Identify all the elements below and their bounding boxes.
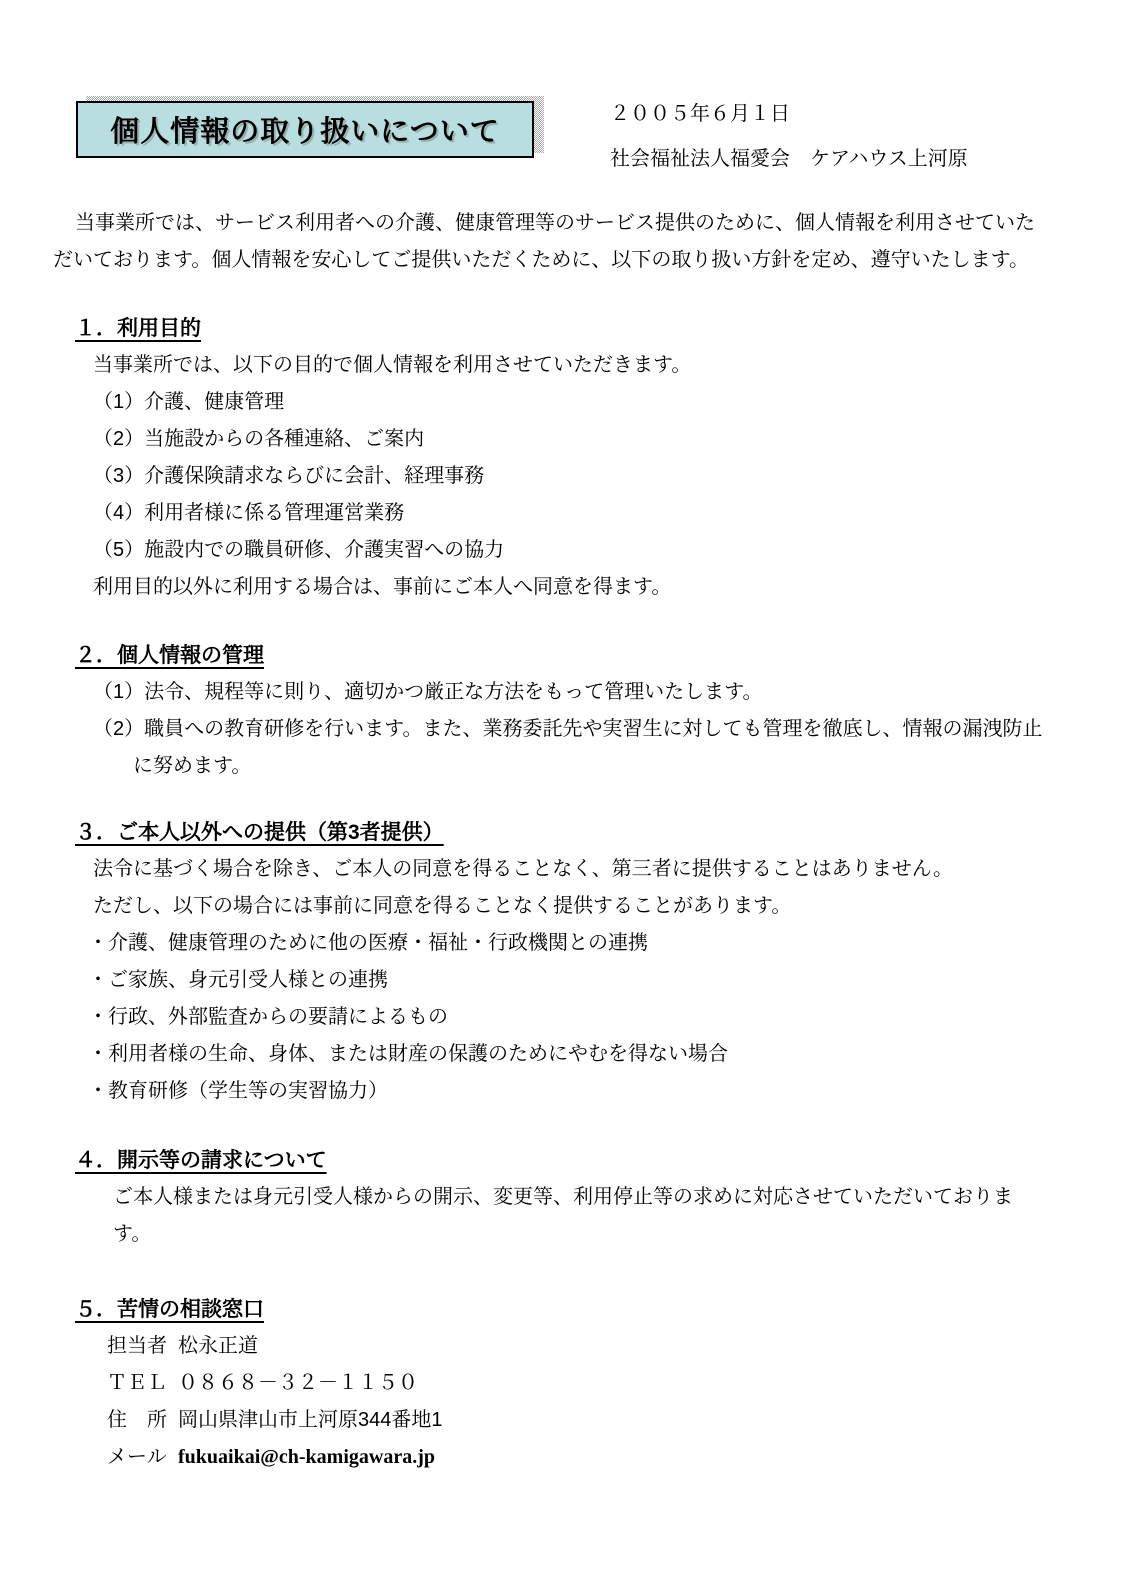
document-body: 当事業所では、サービス利用者への介護、健康管理等のサービス提供のために、個人情報…	[53, 205, 1048, 1476]
intro-paragraph: 当事業所では、サービス利用者への介護、健康管理等のサービス提供のために、個人情報…	[53, 205, 1048, 279]
bullet-item: ・ご家族、身元引受人様との連携	[88, 962, 1048, 999]
section-4-heading: ４．開示等の請求について	[75, 1142, 1048, 1179]
list-item: （1）法令、規程等に則り、適切かつ厳正な方法をもって管理いたします。	[93, 674, 1048, 711]
page-title: 個人情報の取り扱いについて	[110, 109, 499, 150]
section-disclosure-requests: ４．開示等の請求について ご本人様または身元引受人様からの開示、変更等、利用停止…	[53, 1142, 1048, 1253]
list-item: （3）介護保険請求ならびに会計、経理事務	[93, 458, 1048, 495]
document-page: 個人情報の取り扱いについて ２００５年６月１日 社会福祉法人福愛会 ケアハウス上…	[0, 0, 1123, 1587]
section-1-note: 利用目的以外に利用する場合は、事前にご本人へ同意を得ます。	[93, 569, 1048, 606]
bullet-item: ・行政、外部監査からの要請によるもの	[88, 999, 1048, 1036]
contact-label: メール	[107, 1439, 178, 1476]
bullet-item: ・教育研修（学生等の実習協力）	[88, 1073, 1048, 1110]
contact-row-address: 住 所 岡山県津山市上河原344番地1	[107, 1402, 1048, 1439]
section-1-heading: １．利用目的	[75, 310, 1048, 347]
contact-row-person: 担当者 松永正道	[107, 1328, 1048, 1365]
contact-row-email: メール fukuaikai@ch-kamigawara.jp	[107, 1439, 1048, 1476]
contact-phone-number: ０８６８－３２－１１５０	[178, 1365, 418, 1402]
section-2-heading: ２．個人情報の管理	[75, 637, 1048, 674]
list-item: （2）職員への教育研修を行います。また、業務委託先や実習生に対しても管理を徹底し…	[93, 711, 1048, 785]
contact-label: ＴＥＬ	[107, 1365, 178, 1402]
section-1-lead: 当事業所では、以下の目的で個人情報を利用させていただきます。	[93, 347, 1048, 384]
section-3-lead-1: 法令に基づく場合を除き、ご本人の同意を得ることなく、第三者に提供することはありま…	[93, 851, 1048, 888]
section-3-heading: ３．ご本人以外への提供（第3者提供）	[75, 814, 1048, 851]
doc-organization: 社会福祉法人福愛会 ケアハウス上河原	[610, 137, 968, 182]
section-usage-purpose: １．利用目的 当事業所では、以下の目的で個人情報を利用させていただきます。 （1…	[53, 310, 1048, 606]
section-complaint-contact: ５．苦情の相談窓口 担当者 松永正道 ＴＥＬ ０８６８－３２－１１５０ 住 所 …	[53, 1291, 1048, 1476]
section-info-management: ２．個人情報の管理 （1）法令、規程等に則り、適切かつ厳正な方法をもって管理いた…	[53, 637, 1048, 785]
section-4-body: ご本人様または身元引受人様からの開示、変更等、利用停止等の求めに対応させていただ…	[113, 1179, 1048, 1253]
title-box: 個人情報の取り扱いについて	[76, 101, 534, 158]
list-item: （2）当施設からの各種連絡、ご案内	[93, 421, 1048, 458]
list-item: （4）利用者様に係る管理運営業務	[93, 495, 1048, 532]
bullet-item: ・介護、健康管理のために他の医療・福祉・行政機関との連携	[88, 925, 1048, 962]
bullet-item: ・利用者様の生命、身体、または財産の保護のためにやむを得ない場合	[88, 1036, 1048, 1073]
contact-row-tel: ＴＥＬ ０８６８－３２－１１５０	[107, 1365, 1048, 1402]
contact-label: 担当者	[107, 1328, 178, 1365]
contact-address: 岡山県津山市上河原344番地1	[178, 1402, 443, 1439]
section-5-heading: ５．苦情の相談窓口	[75, 1291, 1048, 1328]
doc-date: ２００５年６月１日	[610, 92, 968, 137]
contact-person-name: 松永正道	[178, 1328, 258, 1365]
section-third-party-provision: ３．ご本人以外への提供（第3者提供） 法令に基づく場合を除き、ご本人の同意を得る…	[53, 814, 1048, 1110]
list-item: （1）介護、健康管理	[93, 384, 1048, 421]
header-meta: ２００５年６月１日 社会福祉法人福愛会 ケアハウス上河原	[610, 92, 968, 182]
contact-label: 住 所	[107, 1402, 178, 1439]
list-item: （5）施設内での職員研修、介護実習への協力	[93, 532, 1048, 569]
section-3-lead-2: ただし、以下の場合には事前に同意を得ることなく提供することがあります。	[93, 888, 1048, 925]
contact-email: fukuaikai@ch-kamigawara.jp	[178, 1439, 435, 1476]
